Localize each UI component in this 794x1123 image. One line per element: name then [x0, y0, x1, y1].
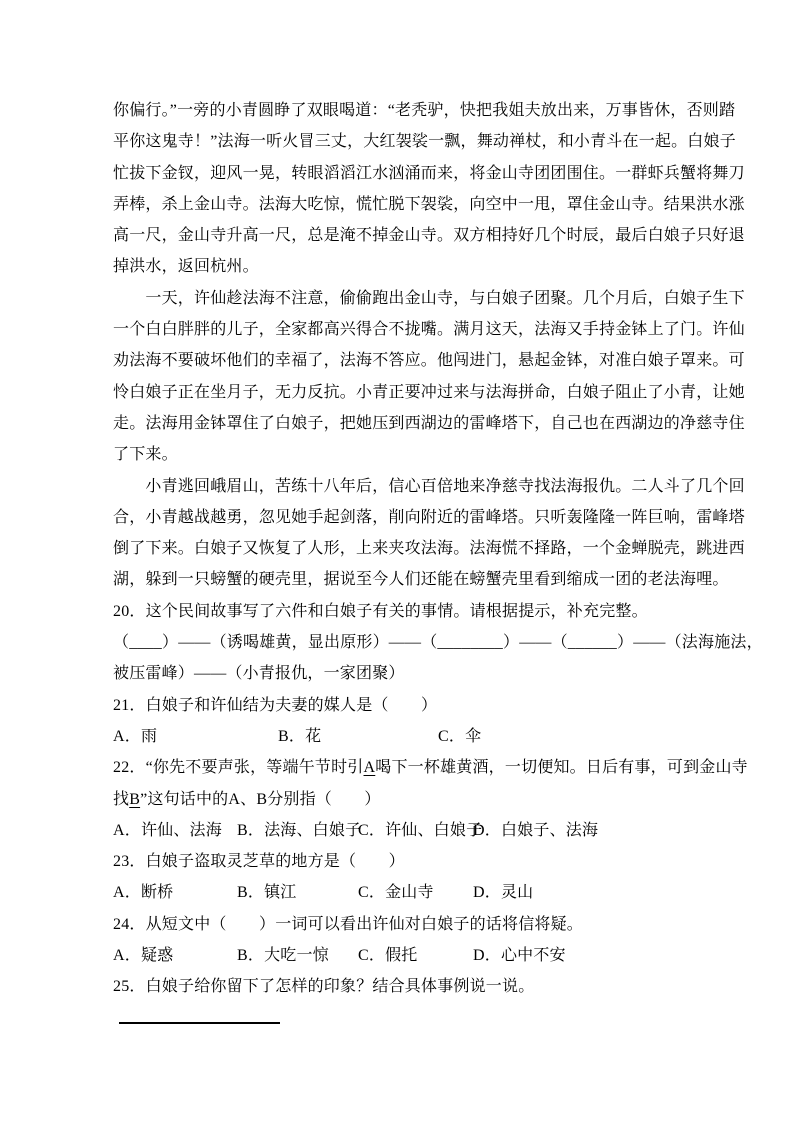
option-d: D．心中不安 [473, 940, 566, 971]
story-line: 湖，躲到一只螃蟹的硬壳里，据说至今人们还能在螃蟹壳里看到缩成一团的老法海哩。 [113, 564, 761, 595]
question-23-stem: 23．白娘子盗取灵芝草的地方是（ ） [113, 846, 761, 877]
underlined-letter-b: B [129, 791, 140, 808]
option-a: A．许仙、法海 [113, 815, 237, 846]
question-23-options: A．断桥 B．镇江 C．金山寺 D．灵山 [113, 877, 761, 908]
footnote-separator-line [119, 1022, 280, 1024]
question-22-text: ”这句话中的A、B分别指（ ） [140, 791, 381, 808]
option-b: B．镇江 [237, 877, 358, 908]
option-d: D．灵山 [473, 877, 533, 908]
story-line: 掉洪水，返回杭州。 [113, 251, 761, 282]
story-line: 倒了下来。白娘子又恢复了人形，上来夹攻法海。法海慌不择路，一个金蝉脱壳，跳进西 [113, 533, 761, 564]
question-20-blanks-line-1: （____）——（诱喝雄黄，显出原形）——（________）——（______… [113, 627, 761, 658]
question-24-options: A．疑惑 B．大吃一惊 C．假托 D．心中不安 [113, 940, 761, 971]
option-a: A．疑惑 [113, 940, 237, 971]
option-a: A．雨 [113, 721, 278, 752]
question-20-blanks-line-2: 被压雷峰）——（小青报仇，一家团聚） [113, 658, 761, 689]
option-c: C．金山寺 [358, 877, 473, 908]
option-d: D．白娘子、法海 [473, 815, 598, 846]
story-line: 怜白娘子正在坐月子，无力反抗。小青正要冲过来与法海拼命，白娘子阻止了小青，让她 [113, 377, 761, 408]
question-25-stem: 25．白娘子给你留下了怎样的印象？结合具体事例说一说。 [113, 971, 761, 1002]
question-22-stem-line-1: 22．“你先不要声张，等端午节时引A喝下一杯雄黄酒，一切便知。日后有事，可到金山… [113, 752, 761, 783]
story-line: 高一尺，金山寺升高一尺，总是淹不掉金山寺。双方相持好几个时辰，最后白娘子只好退 [113, 220, 761, 251]
option-c: C．伞 [438, 721, 481, 752]
story-line: 你偏行。”一旁的小青圆睁了双眼喝道：“老秃驴，快把我姐夫放出来，万事皆休，否则踏 [113, 95, 761, 126]
story-line: 平你这鬼寺！”法海一听火冒三丈，大红袈裟一飘，舞动禅杖，和小青斗在一起。白娘子 [113, 126, 761, 157]
underlined-letter-a: A [364, 759, 376, 776]
question-22-text: 找 [113, 791, 129, 808]
story-line: 了下来。 [113, 439, 761, 470]
story-line: 一个白白胖胖的儿子，全家都高兴得合不拢嘴。满月这天，法海又手持金钵上了门。许仙 [113, 314, 761, 345]
question-22-text: 喝下一杯雄黄酒，一切便知。日后有事，可到金山寺 [375, 759, 748, 776]
option-b: B．大吃一惊 [237, 940, 358, 971]
option-b: B．法海、白娘子 [237, 815, 358, 846]
story-line: 走。法海用金钵罩住了白娘子，把她压到西湖边的雷峰塔下，自己也在西湖边的净慈寺住 [113, 408, 761, 439]
question-22-options: A．许仙、法海 B．法海、白娘子 C．许仙、白娘子 D．白娘子、法海 [113, 815, 761, 846]
question-22-stem-line-2: 找B”这句话中的A、B分别指（ ） [113, 784, 761, 815]
option-c: C．假托 [358, 940, 473, 971]
story-line: 忙拔下金钗，迎风一晃，转眼滔滔江水汹涌而来，将金山寺团团围住。一群虾兵蟹将舞刀 [113, 158, 761, 189]
story-line: 一天，许仙趁法海不注意，偷偷跑出金山寺，与白娘子团聚。几个月后，白娘子生下 [113, 283, 761, 314]
option-a: A．断桥 [113, 877, 237, 908]
question-24-stem: 24．从短文中（ ）一词可以看出许仙对白娘子的话将信将疑。 [113, 909, 761, 940]
document-page: 你偏行。”一旁的小青圆睁了双眼喝道：“老秃驴，快把我姐夫放出来，万事皆休，否则踏… [0, 0, 794, 1123]
story-line: 劝法海不要破坏他们的幸福了，法海不答应。他闯进门，悬起金钵，对准白娘子罩来。可 [113, 345, 761, 376]
story-line: 合，小青越战越勇，忽见她手起剑落，削向附近的雷峰塔。只听轰隆隆一阵巨响，雷峰塔 [113, 502, 761, 533]
question-22-text: 22．“你先不要声张，等端午节时引 [113, 759, 364, 776]
question-21-options: A．雨 B．花 C．伞 [113, 721, 761, 752]
text-content: 你偏行。”一旁的小青圆睁了双眼喝道：“老秃驴，快把我姐夫放出来，万事皆休，否则踏… [113, 95, 761, 1003]
option-b: B．花 [278, 721, 438, 752]
story-line: 小青逃回峨眉山，苦练十八年后，信心百倍地来净慈寺找法海报仇。二人斗了几个回 [113, 471, 761, 502]
option-c: C．许仙、白娘子 [358, 815, 473, 846]
question-20-stem: 20．这个民间故事写了六件和白娘子有关的事情。请根据提示，补充完整。 [113, 596, 761, 627]
question-21-stem: 21．白娘子和许仙结为夫妻的媒人是（ ） [113, 690, 761, 721]
story-line: 弄棒，杀上金山寺。法海大吃惊，慌忙脱下袈裟，向空中一甩，罩住金山寺。结果洪水涨 [113, 189, 761, 220]
